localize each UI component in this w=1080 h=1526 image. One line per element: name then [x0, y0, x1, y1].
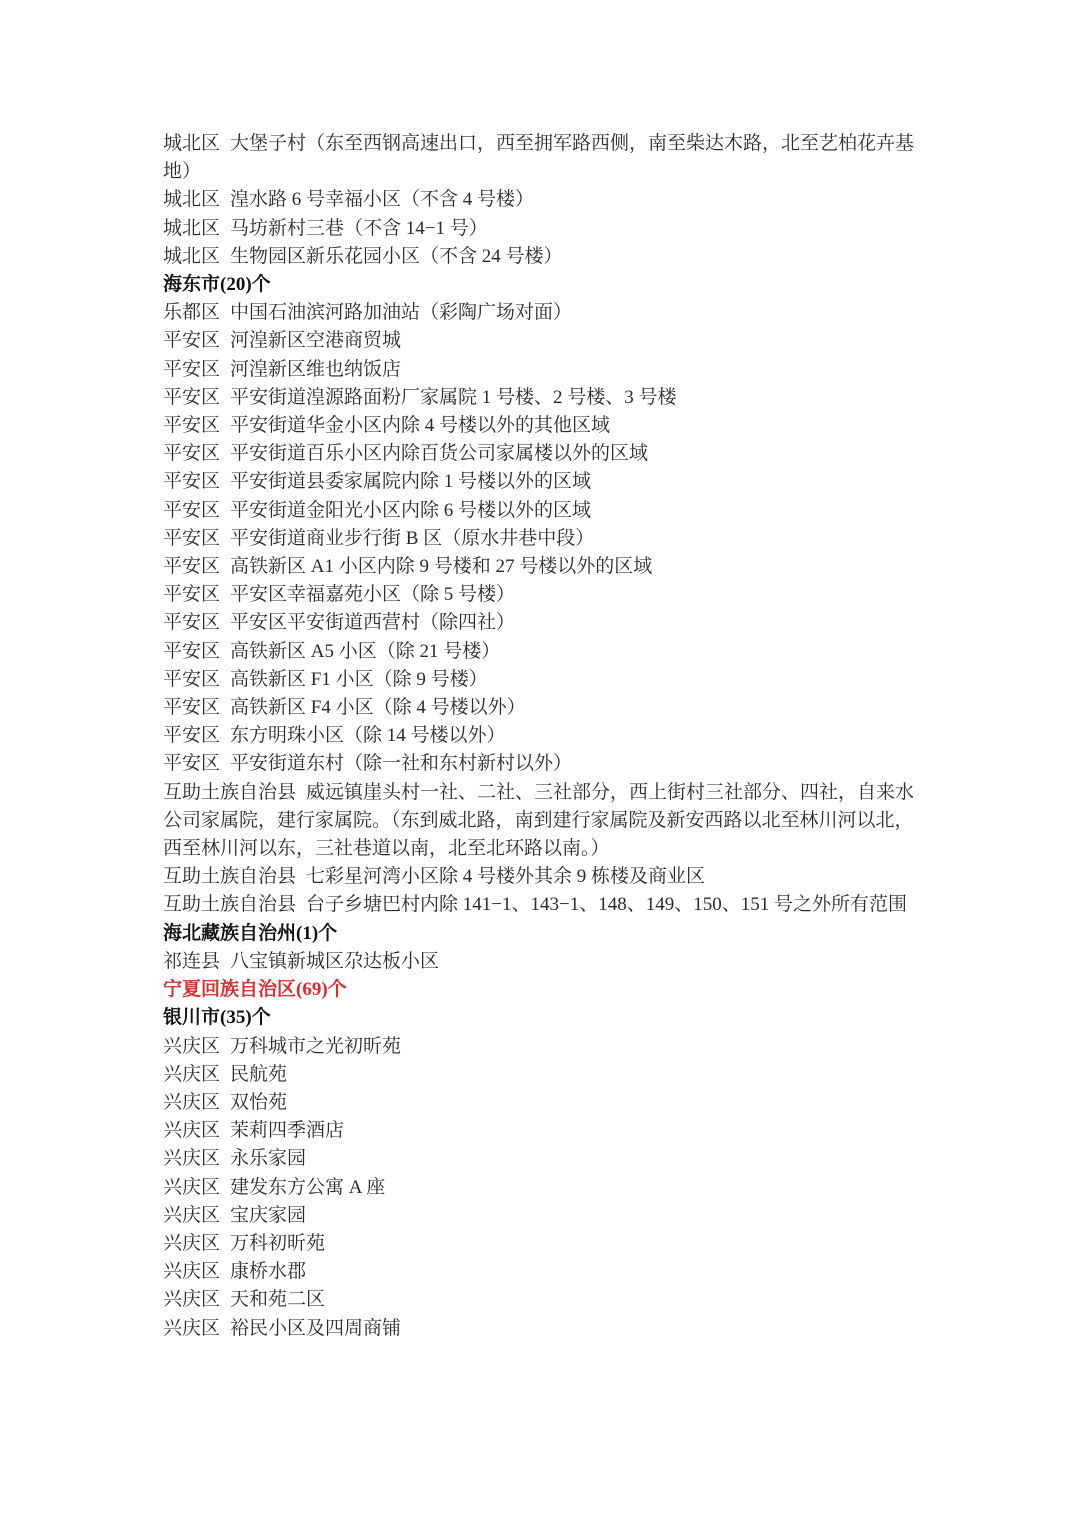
place: 平安街道东村（除一社和东村新村以外）	[230, 753, 572, 774]
list-item: 平安区平安街道华金小区内除 4 号楼以外的其他区域	[163, 412, 915, 440]
list-item: 平安区平安街道百乐小区内除百货公司家属楼以外的区域	[163, 440, 915, 468]
list-item: 平安区河湟新区维也纳饭店	[163, 356, 915, 384]
district: 兴庆区	[163, 1205, 220, 1226]
district: 互助土族自治县	[163, 894, 296, 915]
list-item: 互助土族自治县威远镇崖头村一社、二社、三社部分，西上街村三社部分、四社，自来水公…	[163, 779, 915, 864]
list-item: 互助土族自治县台子乡塘巴村内除 141−1、143−1、148、149、150、…	[163, 891, 915, 919]
place: 宝庆家园	[230, 1205, 306, 1226]
district: 互助土族自治县	[163, 782, 296, 803]
place: 台子乡塘巴村内除 141−1、143−1、148、149、150、151 号之外…	[306, 894, 907, 915]
district: 平安区	[163, 443, 220, 464]
district: 城北区	[163, 218, 220, 239]
district: 城北区	[163, 246, 220, 267]
district: 平安区	[163, 697, 220, 718]
place: 平安区幸福嘉苑小区（除 5 号楼）	[230, 584, 515, 605]
district: 兴庆区	[163, 1318, 220, 1339]
place: 平安街道华金小区内除 4 号楼以外的其他区域	[230, 415, 610, 436]
list-item: 互助土族自治县七彩星河湾小区除 4 号楼外其余 9 栋楼及商业区	[163, 863, 915, 891]
list-item: 平安区平安街道县委家属院内除 1 号楼以外的区域	[163, 468, 915, 496]
list-item: 平安区平安区幸福嘉苑小区（除 5 号楼）	[163, 581, 915, 609]
place: 高铁新区 F4 小区（除 4 号楼以外）	[230, 697, 526, 718]
region-heading: 宁夏回族自治区(69)个	[163, 976, 915, 1004]
list-item: 兴庆区裕民小区及四周商铺	[163, 1315, 915, 1343]
district: 平安区	[163, 641, 220, 662]
section-yinchuan: 银川市(35)个 兴庆区万科城市之光初昕苑 兴庆区民航苑 兴庆区双怡苑 兴庆区茉…	[163, 1004, 915, 1342]
district: 平安区	[163, 471, 220, 492]
section-xining-continued: 城北区大堡子村（东至西钢高速出口，西至拥军路西侧，南至柴达木路，北至艺柏花卉基地…	[163, 130, 915, 271]
city-heading: 银川市(35)个	[163, 1004, 915, 1032]
district: 平安区	[163, 387, 220, 408]
district: 乐都区	[163, 302, 220, 323]
place: 七彩星河湾小区除 4 号楼外其余 9 栋楼及商业区	[306, 866, 705, 887]
list-item: 平安区高铁新区 F1 小区（除 9 号楼）	[163, 666, 915, 694]
list-item: 兴庆区宝庆家园	[163, 1202, 915, 1230]
district: 兴庆区	[163, 1148, 220, 1169]
district: 平安区	[163, 330, 220, 351]
prefecture-heading: 海北藏族自治州(1)个	[163, 920, 915, 948]
district: 兴庆区	[163, 1120, 220, 1141]
place: 平安街道百乐小区内除百货公司家属楼以外的区域	[230, 443, 648, 464]
place: 平安区平安街道西营村（除四社）	[230, 612, 515, 633]
place: 河湟新区维也纳饭店	[230, 359, 401, 380]
list-item: 城北区马坊新村三巷（不含 14−1 号）	[163, 215, 915, 243]
district: 兴庆区	[163, 1064, 220, 1085]
district: 平安区	[163, 584, 220, 605]
list-item: 平安区高铁新区 F4 小区（除 4 号楼以外）	[163, 694, 915, 722]
place: 万科城市之光初昕苑	[230, 1036, 401, 1057]
place: 河湟新区空港商贸城	[230, 330, 401, 351]
place: 东方明珠小区（除 14 号楼以外）	[230, 725, 506, 746]
city-heading: 海东市(20)个	[163, 271, 915, 299]
place: 康桥水郡	[230, 1261, 306, 1282]
place: 马坊新村三巷（不含 14−1 号）	[230, 218, 488, 239]
district: 平安区	[163, 359, 220, 380]
place: 万科初昕苑	[230, 1233, 325, 1254]
document-page: 城北区大堡子村（东至西钢高速出口，西至拥军路西侧，南至柴达木路，北至艺柏花卉基地…	[163, 130, 915, 1343]
district: 平安区	[163, 612, 220, 633]
place: 建发东方公寓 A 座	[230, 1177, 385, 1198]
place: 高铁新区 A5 小区（除 21 号楼）	[230, 641, 500, 662]
district: 平安区	[163, 753, 220, 774]
district: 城北区	[163, 189, 220, 210]
place: 裕民小区及四周商铺	[230, 1318, 401, 1339]
place: 湟水路 6 号幸福小区（不含 4 号楼）	[230, 189, 534, 210]
list-item: 平安区高铁新区 A5 小区（除 21 号楼）	[163, 638, 915, 666]
place: 平安街道金阳光小区内除 6 号楼以外的区域	[230, 500, 591, 521]
place: 平安街道湟源路面粉厂家属院 1 号楼、2 号楼、3 号楼	[230, 387, 677, 408]
list-item: 平安区河湟新区空港商贸城	[163, 327, 915, 355]
list-item: 城北区生物园区新乐花园小区（不含 24 号楼）	[163, 243, 915, 271]
list-item: 祁连县八宝镇新城区尕达板小区	[163, 948, 915, 976]
list-item: 兴庆区永乐家园	[163, 1145, 915, 1173]
district: 平安区	[163, 415, 220, 436]
place: 茉莉四季酒店	[230, 1120, 344, 1141]
list-item: 兴庆区康桥水郡	[163, 1258, 915, 1286]
list-item: 兴庆区万科城市之光初昕苑	[163, 1033, 915, 1061]
district: 兴庆区	[163, 1092, 220, 1113]
district: 兴庆区	[163, 1261, 220, 1282]
list-item: 兴庆区天和苑二区	[163, 1286, 915, 1314]
place: 大堡子村（东至西钢高速出口，西至拥军路西侧，南至柴达木路，北至艺柏花卉基地）	[163, 133, 914, 182]
district: 兴庆区	[163, 1036, 220, 1057]
place: 高铁新区 F1 小区（除 9 号楼）	[230, 669, 488, 690]
list-item: 平安区平安街道东村（除一社和东村新村以外）	[163, 750, 915, 778]
place: 民航苑	[230, 1064, 287, 1085]
list-item: 平安区平安街道湟源路面粉厂家属院 1 号楼、2 号楼、3 号楼	[163, 384, 915, 412]
place: 八宝镇新城区尕达板小区	[230, 951, 439, 972]
list-item: 兴庆区民航苑	[163, 1061, 915, 1089]
district: 平安区	[163, 500, 220, 521]
list-item: 平安区东方明珠小区（除 14 号楼以外）	[163, 722, 915, 750]
district: 平安区	[163, 669, 220, 690]
list-item: 兴庆区双怡苑	[163, 1089, 915, 1117]
list-item: 平安区高铁新区 A1 小区内除 9 号楼和 27 号楼以外的区域	[163, 553, 915, 581]
list-item: 城北区湟水路 6 号幸福小区（不含 4 号楼）	[163, 186, 915, 214]
district: 平安区	[163, 725, 220, 746]
list-item: 乐都区中国石油滨河路加油站（彩陶广场对面）	[163, 299, 915, 327]
district: 兴庆区	[163, 1233, 220, 1254]
place: 平安街道县委家属院内除 1 号楼以外的区域	[230, 471, 591, 492]
list-item: 兴庆区万科初昕苑	[163, 1230, 915, 1258]
list-item: 城北区大堡子村（东至西钢高速出口，西至拥军路西侧，南至柴达木路，北至艺柏花卉基地…	[163, 130, 915, 186]
list-item: 平安区平安区平安街道西营村（除四社）	[163, 609, 915, 637]
list-item: 平安区平安街道商业步行街 B 区（原水井巷中段）	[163, 525, 915, 553]
place: 双怡苑	[230, 1092, 287, 1113]
list-item: 兴庆区建发东方公寓 A 座	[163, 1174, 915, 1202]
place: 高铁新区 A1 小区内除 9 号楼和 27 号楼以外的区域	[230, 556, 652, 577]
list-item: 平安区平安街道金阳光小区内除 6 号楼以外的区域	[163, 497, 915, 525]
place: 永乐家园	[230, 1148, 306, 1169]
district: 兴庆区	[163, 1177, 220, 1198]
district: 城北区	[163, 133, 220, 154]
place: 平安街道商业步行街 B 区（原水井巷中段）	[230, 528, 594, 549]
district: 祁连县	[163, 951, 220, 972]
district: 平安区	[163, 556, 220, 577]
place: 天和苑二区	[230, 1289, 325, 1310]
place: 生物园区新乐花园小区（不含 24 号楼）	[230, 246, 563, 267]
district: 平安区	[163, 528, 220, 549]
district: 互助土族自治县	[163, 866, 296, 887]
section-haibei: 海北藏族自治州(1)个 祁连县八宝镇新城区尕达板小区	[163, 920, 915, 976]
place: 中国石油滨河路加油站（彩陶广场对面）	[230, 302, 572, 323]
section-haidong: 海东市(20)个 乐都区中国石油滨河路加油站（彩陶广场对面） 平安区河湟新区空港…	[163, 271, 915, 920]
district: 兴庆区	[163, 1289, 220, 1310]
list-item: 兴庆区茉莉四季酒店	[163, 1117, 915, 1145]
